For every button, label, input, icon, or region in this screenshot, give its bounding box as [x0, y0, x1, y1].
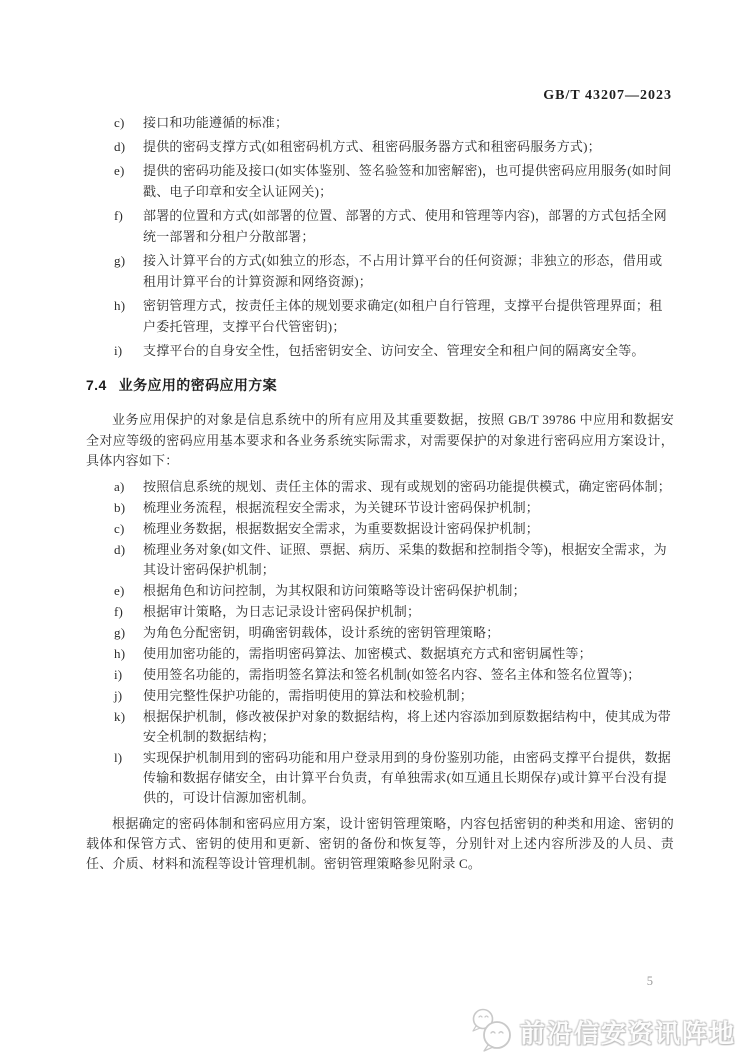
list-item: d) 梳理业务对象(如文件、证照、票据、病历、采集的数据和控制指令等)，根据安全… [86, 540, 674, 580]
doc-number: GB/T 43207—2023 [543, 88, 672, 104]
list-item-text: 提供的密码支撑方式(如租密码机方式、租密码服务器方式和租密码服务方式)； [143, 139, 601, 154]
list-item-text: 根据审计策略，为日志记录设计密码保护机制； [143, 604, 420, 619]
list-item-marker: f) [114, 602, 123, 622]
list-item: f) 根据审计策略，为日志记录设计密码保护机制； [86, 602, 674, 622]
list-item: i) 支撑平台的自身安全性，包括密钥安全、访问安全、管理安全和租户间的隔离安全等… [86, 340, 674, 361]
list-item-marker: k) [114, 707, 125, 727]
list-platform-items: c) 接口和功能遵循的标准； d) 提供的密码支撑方式(如租密码机方式、租密码服… [86, 112, 674, 361]
list-item-text: 接口和功能遵循的标准； [143, 115, 288, 130]
list-item: d) 提供的密码支撑方式(如租密码机方式、租密码服务器方式和租密码服务方式)； [86, 136, 674, 157]
section-title: 业务应用的密码应用方案 [119, 377, 277, 393]
list-item-marker: f) [114, 205, 123, 226]
intro-paragraph: 业务应用保护的对象是信息系统中的所有应用及其重要数据，按照 GB/T 39786… [86, 410, 674, 472]
list-item-text: 使用完整性保护功能的，需指明使用的算法和校验机制； [143, 688, 473, 703]
list-item-marker: e) [114, 581, 125, 601]
list-item: e) 提供的密码功能及接口(如实体鉴别、签名验签和加密解密)，也可提供密码应用服… [86, 160, 674, 202]
list-item: g) 接入计算平台的方式(如独立的形态，不占用计算平台的任何资源；非独立的形态，… [86, 250, 674, 292]
list-item-marker: c) [114, 112, 125, 133]
list-item-text: 支撑平台的自身安全性，包括密钥安全、访问安全、管理安全和租户间的隔离安全等。 [143, 343, 645, 358]
list-item: c) 梳理业务数据，根据数据安全需求，为重要数据设计密码保护机制； [86, 519, 674, 539]
list-item: e) 根据角色和访问控制，为其权限和访问策略等设计密码保护机制； [86, 581, 674, 601]
list-item-text: 根据保护机制，修改被保护对象的数据结构，将上述内容添加到原数据结构中，使其成为带… [143, 709, 671, 744]
list-item: g) 为角色分配密钥，明确密钥载体，设计系统的密钥管理策略； [86, 623, 674, 643]
list-item-text: 实现保护机制用到的密码功能和用户登录用到的身份鉴别功能，由密码支撑平台提供，数据… [143, 750, 671, 805]
list-item: c) 接口和功能遵循的标准； [86, 112, 674, 133]
list-item-text: 使用加密功能的，需指明密码算法、加密模式、数据填充方式和密钥属性等； [143, 646, 592, 661]
watermark: 前沿信安资讯阵地 [470, 1006, 736, 1057]
list-design-items: a) 按照信息系统的规划、责任主体的需求、现有或规划的密码功能提供模式，确定密码… [86, 477, 674, 808]
list-item-marker: j) [114, 686, 122, 706]
watermark-text: 前沿信安资讯阵地 [520, 1014, 736, 1050]
list-item-text: 提供的密码功能及接口(如实体鉴别、签名验签和加密解密)，也可提供密码应用服务(如… [143, 163, 671, 199]
list-item-text: 根据角色和访问控制，为其权限和访问策略等设计密码保护机制； [143, 583, 526, 598]
list-item: j) 使用完整性保护功能的，需指明使用的算法和校验机制； [86, 686, 674, 706]
list-item: a) 按照信息系统的规划、责任主体的需求、现有或规划的密码功能提供模式，确定密码… [86, 477, 674, 497]
list-item-marker: e) [114, 160, 125, 181]
list-item-text: 梳理业务对象(如文件、证照、票据、病历、采集的数据和控制指令等)，根据安全需求，… [143, 542, 667, 577]
chat-bubbles-icon [470, 1006, 514, 1057]
list-item-marker: g) [114, 623, 125, 643]
list-item-marker: c) [114, 519, 125, 539]
list-item-marker: h) [114, 644, 125, 664]
list-item-text: 梳理业务流程，根据流程安全需求，为关键环节设计密码保护机制； [143, 500, 539, 515]
list-item-text: 梳理业务数据，根据数据安全需求，为重要数据设计密码保护机制； [143, 521, 539, 536]
closing-paragraph: 根据确定的密码体制和密码应用方案，设计密钥管理策略，内容包括密钥的种类和用途、密… [86, 814, 674, 874]
page-content: c) 接口和功能遵循的标准； d) 提供的密码支撑方式(如租密码机方式、租密码服… [86, 112, 674, 879]
list-item-text: 按照信息系统的规划、责任主体的需求、现有或规划的密码功能提供模式，确定密码体制； [143, 479, 671, 494]
list-item-text: 接入计算平台的方式(如独立的形态，不占用计算平台的任何资源；非独立的形态，借用或… [143, 253, 662, 289]
list-item: f) 部署的位置和方式(如部署的位置、部署的方式、使用和管理等内容)，部署的方式… [86, 205, 674, 247]
list-item: h) 密钥管理方式，按责任主体的规划要求确定(如租户自行管理，支撑平台提供管理界… [86, 295, 674, 337]
list-item-marker: a) [114, 477, 125, 497]
list-item-text: 部署的位置和方式(如部署的位置、部署的方式、使用和管理等内容)，部署的方式包括全… [143, 208, 667, 244]
document-page: { "page": { "doc_number": "GB/T 43207—20… [0, 0, 750, 1060]
list-item-marker: i) [114, 340, 122, 361]
list-item: b) 梳理业务流程，根据流程安全需求，为关键环节设计密码保护机制； [86, 498, 674, 518]
section-number: 7.4 [86, 377, 107, 393]
list-item-marker: d) [114, 540, 125, 560]
list-item-text: 密钥管理方式，按责任主体的规划要求确定(如租户自行管理，支撑平台提供管理界面；租… [143, 298, 662, 334]
list-item-marker: d) [114, 136, 125, 157]
list-item-text: 使用签名功能的，需指明签名算法和签名机制(如签名内容、签名主体和签名位置等)； [143, 667, 640, 682]
list-item-marker: b) [114, 498, 125, 518]
list-item-marker: l) [114, 748, 122, 768]
section-heading: 7.4业务应用的密码应用方案 [86, 375, 674, 395]
list-item: i) 使用签名功能的，需指明签名算法和签名机制(如签名内容、签名主体和签名位置等… [86, 665, 674, 685]
list-item-marker: h) [114, 295, 125, 316]
list-item: k) 根据保护机制，修改被保护对象的数据结构，将上述内容添加到原数据结构中，使其… [86, 707, 674, 747]
list-item: l) 实现保护机制用到的密码功能和用户登录用到的身份鉴别功能，由密码支撑平台提供… [86, 748, 674, 808]
page-number: 5 [647, 974, 653, 989]
list-item-text: 为角色分配密钥，明确密钥载体，设计系统的密钥管理策略； [143, 625, 499, 640]
list-item-marker: g) [114, 250, 125, 271]
list-item: h) 使用加密功能的，需指明密码算法、加密模式、数据填充方式和密钥属性等； [86, 644, 674, 664]
list-item-marker: i) [114, 665, 122, 685]
